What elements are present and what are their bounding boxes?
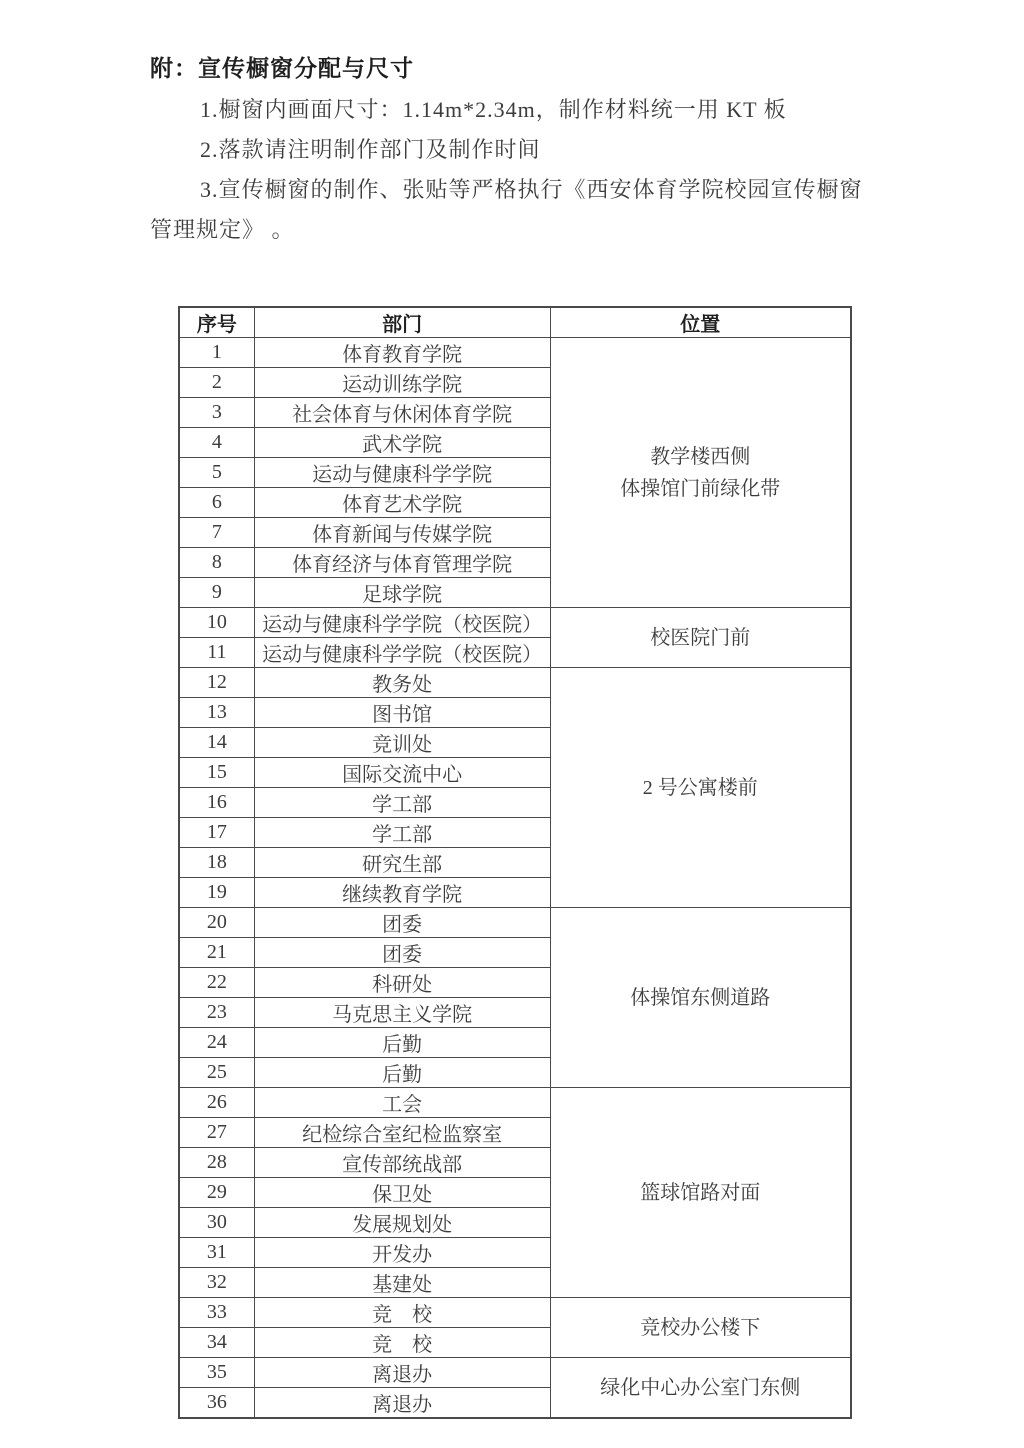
serial-number-cell: 21 (179, 938, 254, 968)
serial-number-cell: 3 (179, 398, 254, 428)
department-cell: 科研处 (254, 968, 550, 998)
location-cell: 绿化中心办公室门东侧 (550, 1358, 851, 1419)
department-cell: 学工部 (254, 818, 550, 848)
location-cell: 竞校办公楼下 (550, 1298, 851, 1358)
department-cell: 发展规划处 (254, 1208, 550, 1238)
document-page: 附：宣传橱窗分配与尺寸 1.橱窗内画面尺寸：1.14m*2.34m，制作材料统一… (0, 0, 1024, 1448)
serial-number-cell: 20 (179, 908, 254, 938)
serial-number-cell: 15 (179, 758, 254, 788)
serial-number-cell: 18 (179, 848, 254, 878)
department-cell: 体育教育学院 (254, 338, 550, 368)
header-location: 位置 (550, 307, 851, 338)
serial-number-cell: 9 (179, 578, 254, 608)
serial-number-cell: 7 (179, 518, 254, 548)
serial-number-cell: 11 (179, 638, 254, 668)
table-row: 20团委体操馆东侧道路 (179, 908, 851, 938)
department-cell: 竞 校 (254, 1328, 550, 1358)
note-3: 3.宣传橱窗的制作、张贴等严格执行《西安体育学院校园宣传橱窗管理规定》 。 (150, 170, 874, 250)
department-cell: 基建处 (254, 1268, 550, 1298)
department-cell: 图书馆 (254, 698, 550, 728)
serial-number-cell: 27 (179, 1118, 254, 1148)
serial-number-cell: 34 (179, 1328, 254, 1358)
serial-number-cell: 28 (179, 1148, 254, 1178)
serial-number-cell: 36 (179, 1388, 254, 1419)
table-row: 35离退办绿化中心办公室门东侧 (179, 1358, 851, 1388)
allocation-table: 序号 部门 位置 1体育教育学院教学楼西侧 体操馆门前绿化带2运动训练学院3社会… (178, 306, 852, 1419)
department-cell: 体育艺术学院 (254, 488, 550, 518)
serial-number-cell: 14 (179, 728, 254, 758)
department-cell: 研究生部 (254, 848, 550, 878)
department-cell: 学工部 (254, 788, 550, 818)
serial-number-cell: 19 (179, 878, 254, 908)
serial-number-cell: 8 (179, 548, 254, 578)
department-cell: 运动与健康科学学院（校医院） (254, 608, 550, 638)
serial-number-cell: 1 (179, 338, 254, 368)
document-heading: 附：宣传橱窗分配与尺寸 (150, 52, 874, 86)
table-row: 12教务处2 号公寓楼前 (179, 668, 851, 698)
serial-number-cell: 23 (179, 998, 254, 1028)
department-cell: 教务处 (254, 668, 550, 698)
department-cell: 离退办 (254, 1388, 550, 1419)
serial-number-cell: 4 (179, 428, 254, 458)
department-cell: 马克思主义学院 (254, 998, 550, 1028)
department-cell: 保卫处 (254, 1178, 550, 1208)
department-cell: 运动与健康科学学院 (254, 458, 550, 488)
department-cell: 竞 校 (254, 1298, 550, 1328)
serial-number-cell: 25 (179, 1058, 254, 1088)
notes-section: 1.橱窗内画面尺寸：1.14m*2.34m，制作材料统一用 KT 板 2.落款请… (150, 90, 874, 250)
location-cell: 2 号公寓楼前 (550, 668, 851, 908)
note-2: 2.落款请注明制作部门及制作时间 (150, 130, 874, 170)
location-cell: 体操馆东侧道路 (550, 908, 851, 1088)
serial-number-cell: 16 (179, 788, 254, 818)
serial-number-cell: 30 (179, 1208, 254, 1238)
department-cell: 离退办 (254, 1358, 550, 1388)
header-department: 部门 (254, 307, 550, 338)
department-cell: 继续教育学院 (254, 878, 550, 908)
department-cell: 运动与健康科学学院（校医院） (254, 638, 550, 668)
department-cell: 后勤 (254, 1058, 550, 1088)
department-cell: 竞训处 (254, 728, 550, 758)
department-cell: 社会体育与休闲体育学院 (254, 398, 550, 428)
location-cell: 篮球馆路对面 (550, 1088, 851, 1298)
serial-number-cell: 2 (179, 368, 254, 398)
serial-number-cell: 17 (179, 818, 254, 848)
department-cell: 团委 (254, 938, 550, 968)
serial-number-cell: 10 (179, 608, 254, 638)
department-cell: 体育新闻与传媒学院 (254, 518, 550, 548)
note-1: 1.橱窗内画面尺寸：1.14m*2.34m，制作材料统一用 KT 板 (150, 90, 874, 130)
department-cell: 宣传部统战部 (254, 1148, 550, 1178)
serial-number-cell: 22 (179, 968, 254, 998)
serial-number-cell: 32 (179, 1268, 254, 1298)
serial-number-cell: 12 (179, 668, 254, 698)
department-cell: 体育经济与体育管理学院 (254, 548, 550, 578)
table-row: 33竞 校竞校办公楼下 (179, 1298, 851, 1328)
serial-number-cell: 26 (179, 1088, 254, 1118)
header-serial-number: 序号 (179, 307, 254, 338)
serial-number-cell: 5 (179, 458, 254, 488)
serial-number-cell: 33 (179, 1298, 254, 1328)
table-row: 26工会篮球馆路对面 (179, 1088, 851, 1118)
table-body: 1体育教育学院教学楼西侧 体操馆门前绿化带2运动训练学院3社会体育与休闲体育学院… (179, 338, 851, 1419)
location-cell: 校医院门前 (550, 608, 851, 668)
serial-number-cell: 24 (179, 1028, 254, 1058)
serial-number-cell: 13 (179, 698, 254, 728)
department-cell: 纪检综合室纪检监察室 (254, 1118, 550, 1148)
serial-number-cell: 6 (179, 488, 254, 518)
department-cell: 后勤 (254, 1028, 550, 1058)
department-cell: 开发办 (254, 1238, 550, 1268)
table-row: 1体育教育学院教学楼西侧 体操馆门前绿化带 (179, 338, 851, 368)
department-cell: 国际交流中心 (254, 758, 550, 788)
serial-number-cell: 35 (179, 1358, 254, 1388)
serial-number-cell: 31 (179, 1238, 254, 1268)
department-cell: 运动训练学院 (254, 368, 550, 398)
department-cell: 团委 (254, 908, 550, 938)
department-cell: 武术学院 (254, 428, 550, 458)
department-cell: 工会 (254, 1088, 550, 1118)
location-cell: 教学楼西侧 体操馆门前绿化带 (550, 338, 851, 608)
department-cell: 足球学院 (254, 578, 550, 608)
serial-number-cell: 29 (179, 1178, 254, 1208)
table-header-row: 序号 部门 位置 (179, 307, 851, 338)
table-row: 10运动与健康科学学院（校医院）校医院门前 (179, 608, 851, 638)
